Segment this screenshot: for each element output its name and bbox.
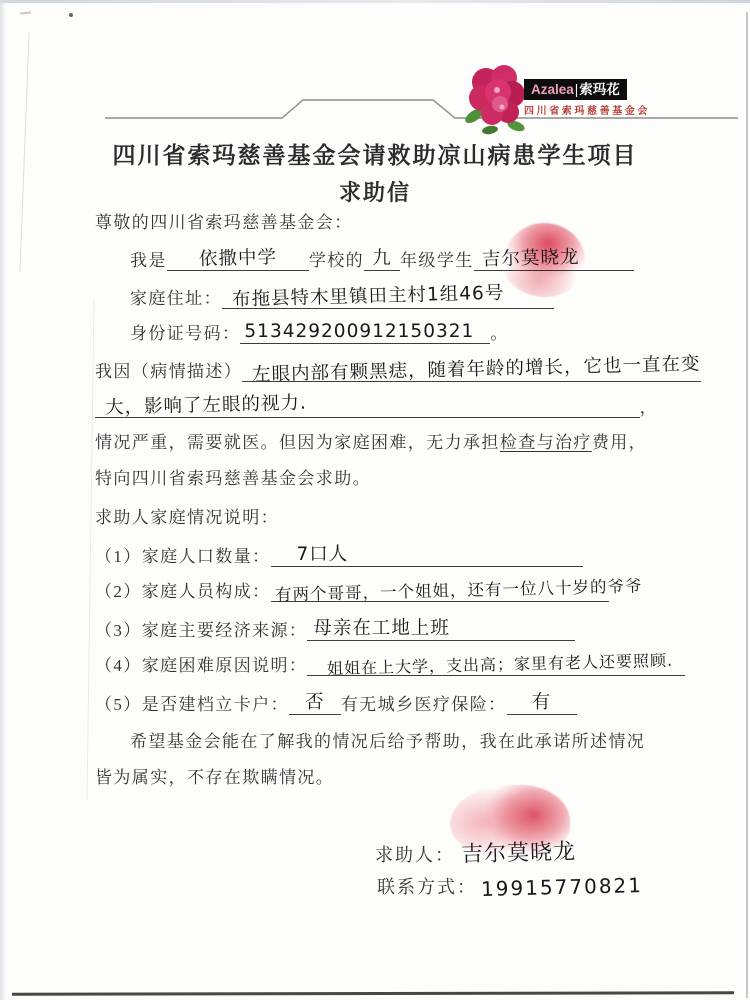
closing-line2-text: 皆为属实，不存在欺瞒情况。: [95, 763, 334, 788]
item2-label: （2）家庭人员构成：: [95, 577, 271, 602]
item5-label2: 有无城乡医疗保险：: [341, 690, 507, 715]
item3-label: （3）家庭主要经济来源：: [95, 616, 307, 641]
letter-subtitle: 求助信: [0, 176, 750, 207]
salutation-text: 尊敬的四川省索玛慈善基金会：: [95, 208, 353, 233]
paragraph-line-2: 特向四川省索玛慈善基金会求助。: [95, 464, 371, 489]
id-number-period: 。: [490, 319, 508, 344]
family-heading: 求助人家庭情况说明：: [95, 503, 279, 528]
illness-trailing-comma: ，: [640, 393, 658, 418]
fingerprint-stamp-name: [503, 223, 585, 297]
signature-label: 求助人：: [375, 841, 455, 867]
logo-brand-cn: 索玛花: [579, 82, 620, 97]
family-item-4: （4）家庭困难原因说明： 姐姐在上大学，支出高；家里有老人还要照顾.: [95, 651, 685, 676]
paragraph-pre: 情况严重，需要就医。但因为家庭困难，无力承担: [95, 428, 500, 453]
logo-org-name: 四川省索玛慈善基金会: [524, 102, 664, 117]
logo-banner: Azalea|索玛花: [524, 79, 627, 100]
illness-line-2: 大，影响了左眼的视力. ，: [95, 391, 658, 418]
contact-label: 联系方式：: [377, 873, 477, 899]
school-field-value: 依撒中学: [198, 243, 277, 271]
illness-value-2: 大，影响了左眼的视力.: [105, 389, 307, 420]
paragraph-post: 费用，: [592, 428, 647, 453]
closing-line1-text: 希望基金会能在了解我的情况后给予帮助，我在此承诺所述情况: [130, 727, 645, 752]
letter-title: 四川省索玛慈善基金会请救助凉山病患学生项目: [0, 137, 750, 170]
family-item-5: （5）是否建档立卡户： 否 有无城乡医疗保险： 有: [95, 688, 577, 715]
contact-line: 联系方式： 19915770821: [377, 873, 643, 899]
paper-crease-line: [87, 300, 95, 800]
address-value: 布拖县特木里镇田主村1组46号: [232, 279, 505, 312]
scan-edge-bottom: [12, 991, 734, 996]
item4-value: 姐姐在上大学，支出高；家里有老人还要照顾.: [327, 648, 674, 679]
closing-line-1: 希望基金会能在了解我的情况后给予帮助，我在此承诺所述情况: [130, 727, 645, 752]
paragraph-line2-text: 特向四川省索玛慈善基金会求助。: [95, 464, 371, 489]
id-number-line: 身份证号码： 513429200912150321 。: [130, 319, 509, 344]
illness-value-1: 左眼内部有颗黑痣，随着年龄的增长，它也一直在变: [252, 350, 701, 387]
closing-line-2: 皆为属实，不存在欺瞒情况。: [95, 763, 334, 788]
item4-label: （4）家庭困难原因说明：: [95, 651, 307, 676]
item1-label: （1）家庭人口数量：: [95, 542, 271, 567]
logo-brand-en: Azalea: [531, 82, 574, 97]
illness-line-1: 我因（病情描述） 左眼内部有颗黑痣，随着年龄的增长，它也一直在变: [95, 355, 660, 382]
paragraph-line-1: 情况严重，需要就医。但因为家庭困难，无力承担检查与治疗费用，: [95, 428, 647, 453]
address-line: 家庭住址： 布拖县特木里镇田主村1组46号: [130, 282, 554, 309]
contact-phone-value: 19915770821: [481, 873, 644, 901]
illness-label: 我因（病情描述）: [95, 357, 242, 382]
family-item-2: （2）家庭人员构成： 有两个哥哥，一个姐姐，还有一位八十岁的爷爷: [95, 577, 609, 602]
item5-label1: （5）是否建档立卡户：: [95, 690, 289, 715]
item5-value2: 有: [532, 692, 552, 713]
item3-value: 母亲在工地上班: [313, 618, 450, 639]
salutation: 尊敬的四川省索玛慈善基金会：: [95, 208, 353, 233]
azalea-flower-icon: [456, 60, 540, 140]
id-number-label: 身份证号码：: [130, 319, 240, 344]
paragraph-underlined: 检查与治疗: [500, 428, 592, 453]
intro-prefix: 我是: [130, 246, 167, 271]
address-label: 家庭住址：: [130, 284, 222, 309]
id-number-value: 513429200912150321: [244, 321, 474, 342]
intro-mid2: 年级学生: [400, 246, 474, 271]
family-heading-text: 求助人家庭情况说明：: [95, 503, 279, 528]
item1-value: 7口人: [297, 544, 349, 565]
fingerprint-stamp-signature: [450, 785, 570, 857]
family-item-1: （1）家庭人口数量： 7口人: [95, 540, 583, 567]
scanned-letter-page: Azalea|索玛花 四川省索玛慈善基金会 四川省索玛慈善基金会请救助凉山病患学…: [0, 0, 750, 1000]
grade-field-value: 九: [372, 248, 392, 269]
family-item-3: （3）家庭主要经济来源： 母亲在工地上班: [95, 614, 575, 641]
item5-value1: 否: [305, 692, 325, 713]
item2-value: 有两个哥哥，一个姐姐，还有一位八十岁的爷爷: [274, 573, 642, 606]
intro-mid1: 学校的: [309, 246, 364, 271]
